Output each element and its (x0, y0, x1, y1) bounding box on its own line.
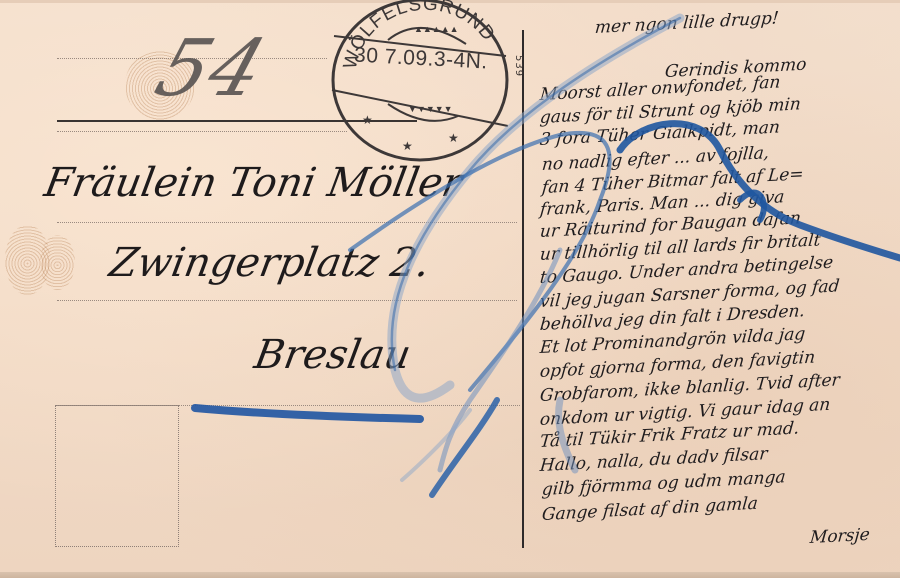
stamp-placement-box (55, 405, 179, 547)
dotted-guide-line (57, 300, 517, 301)
postmark-town-arc: WÖLFELSGRUND (326, 0, 514, 168)
fingerprint-smudge (40, 235, 75, 290)
address-line-1: Fräulein Toni Möller (41, 160, 466, 206)
message-line: Morsje (809, 525, 871, 548)
card-bottom-edge (0, 572, 900, 578)
pencil-reference-number: 54 (145, 24, 278, 114)
center-divider (522, 30, 524, 548)
postmark: ▲▲▲▲▲ ▼▼▼▼▼ ★ ★ ★ WÖLFELSGRUND 30 7.09.3… (326, 0, 514, 168)
postcard-back: 539 54 ▲▲▲▲▲ ▼▼▼▼▼ ★ ★ ★ WÖLFELSGRUND 30… (0, 0, 900, 578)
dotted-guide-line (57, 222, 517, 223)
address-line-2: Zwingerplatz 2. (106, 240, 433, 286)
message-line: mer ngon lille drugp! (594, 8, 779, 38)
dotted-guide-line (57, 131, 347, 132)
address-line-3: Breslau (251, 332, 414, 378)
publisher-number: 539 (513, 55, 524, 77)
